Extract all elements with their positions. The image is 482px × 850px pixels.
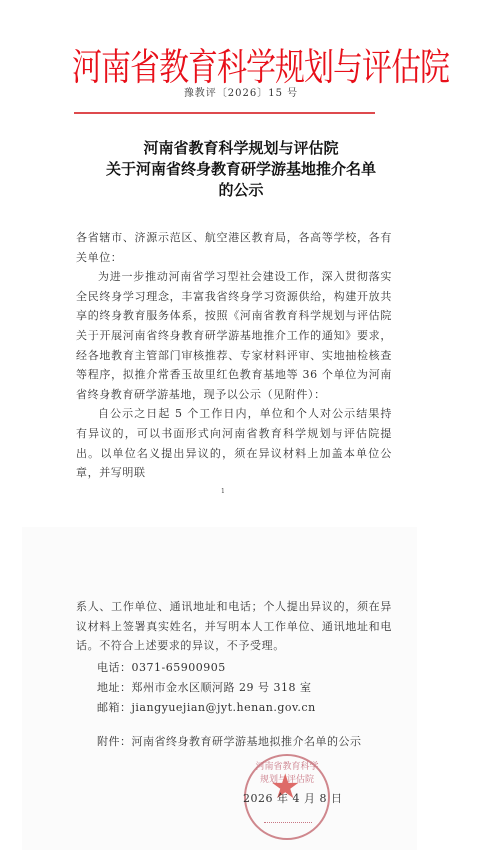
- notice-body-page1: 各省辖市、济源示范区、航空港区教育局，各高等学校，各有关单位： 为进一步推动河南…: [76, 228, 392, 483]
- contact-phone: 电话：0371-65900905: [97, 659, 226, 675]
- paragraph-2-part1: 自公示之日起 5 个工作日内，单位和个人对公示结果持有异议的，可以书面形式向河南…: [76, 404, 392, 482]
- contact-address: 地址：郑州市金水区顺河路 29 号 318 室: [97, 679, 311, 695]
- paragraph-1: 为进一步推动河南省学习型社会建设工作，深入贯彻落实全民终身学习理念，丰富我省终身…: [76, 267, 392, 404]
- attachment-note: 附件：河南省终身教育研学游基地拟推介名单的公示: [97, 733, 362, 749]
- title-line-3: 的公示: [0, 180, 482, 201]
- title-line-2: 关于河南省终身教育研学游基地推介名单: [0, 159, 482, 180]
- notice-body-page2: 系人、工作单位、通讯地址和电话；个人提出异议的，须在异议材料上签署真实姓名，并写…: [76, 597, 392, 656]
- red-divider-line: [74, 112, 375, 114]
- title-line-1: 河南省教育科学规划与评估院: [0, 138, 482, 159]
- salutation: 各省辖市、济源示范区、航空港区教育局，各高等学校，各有关单位：: [76, 228, 392, 267]
- page-number: 1: [221, 488, 225, 495]
- issue-date: 2026 年 4 月 8 日: [243, 790, 342, 806]
- document-number: 豫教评〔2026〕15 号: [0, 84, 482, 99]
- contact-email: 邮箱：jiangyuejian@jyt.henan.gov.cn: [97, 699, 316, 715]
- org-header-title: 河南省教育科学规划与评估院: [72, 36, 382, 91]
- paragraph-2-part2: 系人、工作单位、通讯地址和电话；个人提出异议的，须在异议材料上签署真实姓名，并写…: [76, 597, 392, 656]
- seal-bottom-code: [264, 822, 312, 826]
- notice-title: 河南省教育科学规划与评估院 关于河南省终身教育研学游基地推介名单 的公示: [0, 138, 482, 201]
